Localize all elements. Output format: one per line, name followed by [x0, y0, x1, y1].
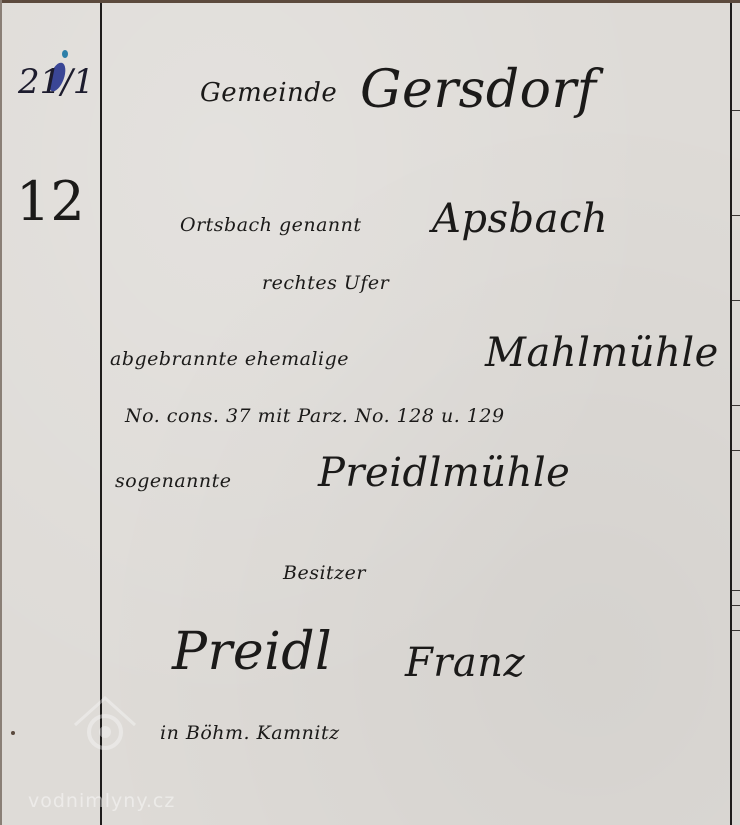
adjacent-column-mark: [732, 605, 740, 606]
owner-location: in Böhm. Kamnitz: [160, 722, 340, 744]
blue-ink-dot: [62, 50, 68, 58]
owner-label: Besitzer: [283, 562, 366, 584]
entry-number: 12: [16, 170, 85, 233]
mill-name-prefix: sogenannte: [115, 470, 232, 492]
river-bank: rechtes Ufer: [262, 272, 389, 294]
adjacent-column-mark: [732, 450, 740, 451]
municipality-label: Gemeinde: [200, 78, 337, 108]
page-top-edge: [0, 0, 740, 3]
watermark-text: vodnimlyny.cz: [28, 790, 175, 812]
stream-label: Ortsbach genannt: [180, 214, 362, 236]
owner-surname: Preidl: [172, 622, 332, 682]
mill-description: abgebrannte ehemalige: [110, 348, 349, 370]
mill-name: Preidlmühle: [318, 450, 570, 496]
adjacent-column-mark: [732, 630, 740, 631]
page-left-edge: [0, 0, 2, 825]
adjacent-column-mark: [732, 405, 740, 406]
register-page: 21/1 12 Gemeinde Gersdorf Ortsbach genan…: [0, 0, 740, 825]
stream-name: Apsbach: [432, 196, 608, 242]
watermark-mill-logo-icon: [70, 690, 140, 760]
adjacent-column-mark: [732, 215, 740, 216]
adjacent-column-mark: [732, 590, 740, 591]
parcel-numbers: No. cons. 37 mit Parz. No. 128 u. 129: [125, 405, 505, 427]
right-column-rule-line: [730, 3, 732, 825]
paper-speck: [11, 731, 15, 735]
municipality-name: Gersdorf: [360, 60, 597, 120]
adjacent-column-mark: [732, 110, 740, 111]
mill-type: Mahlmühle: [485, 330, 719, 376]
adjacent-column-mark: [732, 300, 740, 301]
margin-date: 21/1: [18, 62, 94, 102]
owner-given-name: Franz: [405, 640, 525, 686]
